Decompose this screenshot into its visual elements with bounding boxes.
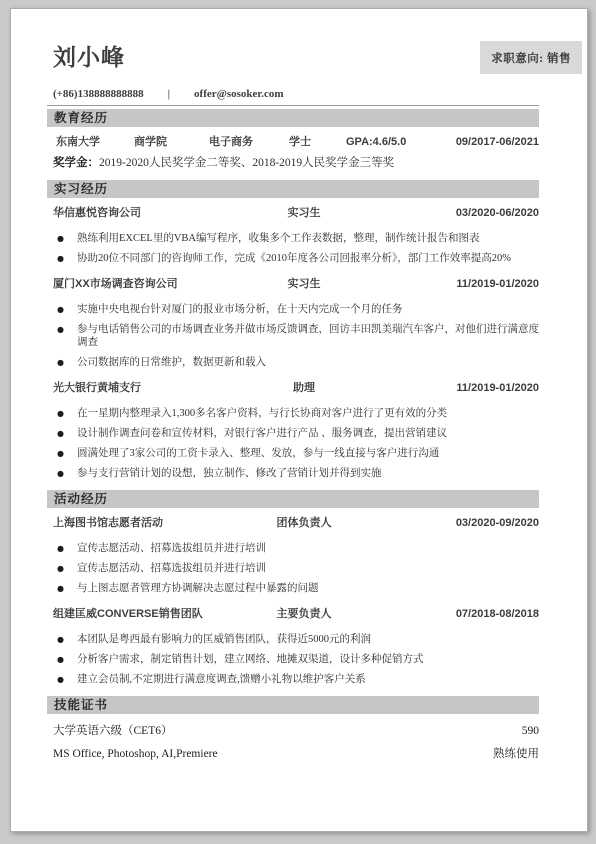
bullet-item: ● 分析客户需求，制定销售计划，建立网络、地摊双渠道，设计多种促销方式 bbox=[57, 653, 539, 666]
company-name: 华信惠悦咨询公司 bbox=[53, 206, 272, 220]
bullet-item: ● 圆满处理了3家公司的工资卡录入、整理、发放，参与一线直接与客户进行沟通 bbox=[57, 447, 539, 460]
bullet-icon: ● bbox=[57, 467, 77, 480]
bullet-text: 宣传志愿活动、招募选拔组员并进行培训 bbox=[77, 542, 266, 555]
bullet-icon: ● bbox=[57, 232, 77, 245]
bullet-item: ● 宣传志愿活动、招募选拔组员并进行培训 bbox=[57, 542, 539, 555]
degree-name: 学士 bbox=[289, 136, 346, 149]
bullet-text: 建立会员制,不定期进行满意度调查,馈赠小礼物以维护客户关系 bbox=[77, 673, 366, 686]
activity-name: 组建匡威CONVERSE销售团队 bbox=[53, 607, 261, 621]
candidate-name: 刘小峰 bbox=[53, 41, 539, 73]
bullet-item: ● 与上图志愿者管理方协调解决志愿过程中暴露的问题 bbox=[57, 582, 539, 595]
bullet-text: 分析客户需求，制定销售计划，建立网络、地摊双渠道，设计多种促销方式 bbox=[77, 653, 424, 666]
document-background: 求职意向: 销售 刘小峰 (+86)138888888888|offer@sos… bbox=[0, 0, 596, 844]
bullet-icon: ● bbox=[57, 447, 77, 460]
bullet-item: ● 协助20位不同部门的咨询师工作，完成《2010年度各公司回报率分析》，部门工… bbox=[57, 252, 539, 265]
bullet-text: 本团队是粤西最有影响力的匡威销售团队，获得近5000元的利润 bbox=[77, 633, 371, 646]
scholarship-text: 2019-2020人民奖学金二等奖、2018-2019人民奖学金三等奖 bbox=[99, 157, 394, 169]
skill-level: 熟练使用 bbox=[493, 747, 539, 761]
activity-name: 上海图书馆志愿者活动 bbox=[53, 516, 261, 530]
entry-header: 上海图书馆志愿者活动 团体负责人 03/2020-09/2020 bbox=[53, 516, 539, 530]
job-intention-badge: 求职意向: 销售 bbox=[480, 41, 582, 74]
bullet-item: ● 建立会员制,不定期进行满意度调查,馈赠小礼物以维护客户关系 bbox=[57, 673, 539, 686]
bullet-icon: ● bbox=[57, 427, 77, 440]
bullet-icon: ● bbox=[57, 407, 77, 420]
bullet-text: 设计制作调查问卷和宣传材料，对银行客户进行产品 、服务调查，提出营销建议 bbox=[77, 427, 447, 440]
entry-date: 03/2020-06/2020 bbox=[456, 206, 539, 220]
bullet-text: 宣传志愿活动、招募选拔组员并进行培训 bbox=[77, 562, 266, 575]
header-divider bbox=[47, 105, 539, 106]
bullet-text: 参与支行营销计划的设想，独立制作、修改了营销计划并得到实施 bbox=[77, 467, 382, 480]
skill-name: MS Office, Photoshop, AI,Premiere bbox=[53, 747, 218, 761]
skill-row: MS Office, Photoshop, AI,Premiere 熟练使用 bbox=[53, 747, 539, 761]
bullet-text: 实施中央电视台针对厦门的报业市场分析，在十天内完成一个月的任务 bbox=[77, 303, 403, 316]
role-title: 助理 bbox=[277, 381, 315, 395]
school-name: 东南大学 bbox=[56, 136, 134, 149]
college-name: 商学院 bbox=[134, 136, 209, 149]
role-title: 实习生 bbox=[272, 277, 321, 291]
bullet-icon: ● bbox=[57, 303, 77, 316]
entry-header: 光大银行黄埔支行 助理 11/2019-01/2020 bbox=[53, 381, 539, 395]
contact-row: (+86)138888888888|offer@sosoker.com bbox=[53, 87, 539, 101]
entry-header: 华信惠悦咨询公司 实习生 03/2020-06/2020 bbox=[53, 206, 539, 220]
bullet-item: ● 设计制作调查问卷和宣传材料，对银行客户进行产品 、服务调查，提出营销建议 bbox=[57, 427, 539, 440]
bullet-icon: ● bbox=[57, 582, 77, 595]
education-date: 09/2017-06/2021 bbox=[456, 136, 539, 149]
section-header-education: 教育经历 bbox=[47, 109, 539, 127]
bullet-icon: ● bbox=[57, 562, 77, 575]
bullet-item: ● 参与支行营销计划的设想，独立制作、修改了营销计划并得到实施 bbox=[57, 467, 539, 480]
entry-header: 厦门XX市场调查咨询公司 实习生 11/2019-01/2020 bbox=[53, 277, 539, 291]
gpa-value: GPA:4.6/5.0 bbox=[346, 136, 456, 149]
bullet-item: ● 参与电话销售公司的市场调查业务并做市场反馈调查，回访丰田凯美瑞汽车客户，对他… bbox=[57, 323, 539, 349]
resume-page: 求职意向: 销售 刘小峰 (+86)138888888888|offer@sos… bbox=[10, 8, 588, 832]
bullet-icon: ● bbox=[57, 653, 77, 666]
scholarship-label: 奖学金： bbox=[53, 157, 99, 169]
section-header-internship: 实习经历 bbox=[47, 180, 539, 198]
bullet-icon: ● bbox=[57, 356, 77, 369]
entry-date: 11/2019-01/2020 bbox=[456, 277, 539, 291]
skill-level: 590 bbox=[522, 724, 539, 738]
bullet-icon: ● bbox=[57, 633, 77, 646]
bullet-text: 参与电话销售公司的市场调查业务并做市场反馈调查，回访丰田凯美瑞汽车客户，对他们进… bbox=[77, 323, 539, 349]
email-address: offer@sosoker.com bbox=[194, 88, 284, 100]
contact-separator: | bbox=[168, 88, 170, 100]
bullet-icon: ● bbox=[57, 673, 77, 686]
bullet-icon: ● bbox=[57, 252, 77, 265]
bullet-item: ● 熟练利用EXCEL里的VBA编写程序，收集多个工作表数据，整理，制作统计报告… bbox=[57, 232, 539, 245]
bullet-item: ● 在一星期内整理录入1,300多名客户资料，与行长协商对客户进行了更有效的分类 bbox=[57, 407, 539, 420]
skill-row: 大学英语六级（CET6） 590 bbox=[53, 724, 539, 738]
scholarship-row: 奖学金：2019-2020人民奖学金二等奖、2018-2019人民奖学金三等奖 bbox=[53, 156, 539, 170]
bullet-text: 与上图志愿者管理方协调解决志愿过程中暴露的问题 bbox=[77, 582, 319, 595]
entry-header: 组建匡威CONVERSE销售团队 主要负责人 07/2018-08/2018 bbox=[53, 607, 539, 621]
role-title: 实习生 bbox=[272, 206, 321, 220]
bullet-item: ● 实施中央电视台针对厦门的报业市场分析，在十天内完成一个月的任务 bbox=[57, 303, 539, 316]
section-header-skills: 技能证书 bbox=[47, 696, 539, 714]
skill-name: 大学英语六级（CET6） bbox=[53, 724, 172, 738]
bullet-icon: ● bbox=[57, 542, 77, 555]
company-name: 厦门XX市场调查咨询公司 bbox=[53, 277, 272, 291]
entry-date: 07/2018-08/2018 bbox=[456, 607, 539, 621]
bullet-text: 协助20位不同部门的咨询师工作，完成《2010年度各公司回报率分析》，部门工作效… bbox=[77, 252, 511, 265]
company-name: 光大银行黄埔支行 bbox=[53, 381, 277, 395]
entry-date: 03/2020-09/2020 bbox=[456, 516, 539, 530]
bullet-text: 公司数据库的日常维护，数据更新和载入 bbox=[77, 356, 266, 369]
bullet-item: ● 宣传志愿活动、招募选拔组员并进行培训 bbox=[57, 562, 539, 575]
education-entry: 东南大学 商学院 电子商务 学士 GPA:4.6/5.0 09/2017-06/… bbox=[56, 136, 539, 149]
phone-number: (+86)138888888888 bbox=[53, 88, 144, 100]
bullet-text: 在一星期内整理录入1,300多名客户资料，与行长协商对客户进行了更有效的分类 bbox=[77, 407, 447, 420]
bullet-text: 圆满处理了3家公司的工资卡录入、整理、发放，参与一线直接与客户进行沟通 bbox=[77, 447, 439, 460]
bullet-text: 熟练利用EXCEL里的VBA编写程序，收集多个工作表数据，整理，制作统计报告和图… bbox=[77, 232, 480, 245]
role-title: 团体负责人 bbox=[261, 516, 332, 530]
bullet-icon: ● bbox=[57, 323, 77, 336]
bullet-item: ● 公司数据库的日常维护，数据更新和载入 bbox=[57, 356, 539, 369]
section-header-activities: 活动经历 bbox=[47, 490, 539, 508]
bullet-item: ● 本团队是粤西最有影响力的匡威销售团队，获得近5000元的利润 bbox=[57, 633, 539, 646]
major-name: 电子商务 bbox=[209, 136, 289, 149]
entry-date: 11/2019-01/2020 bbox=[456, 381, 539, 395]
role-title: 主要负责人 bbox=[261, 607, 332, 621]
